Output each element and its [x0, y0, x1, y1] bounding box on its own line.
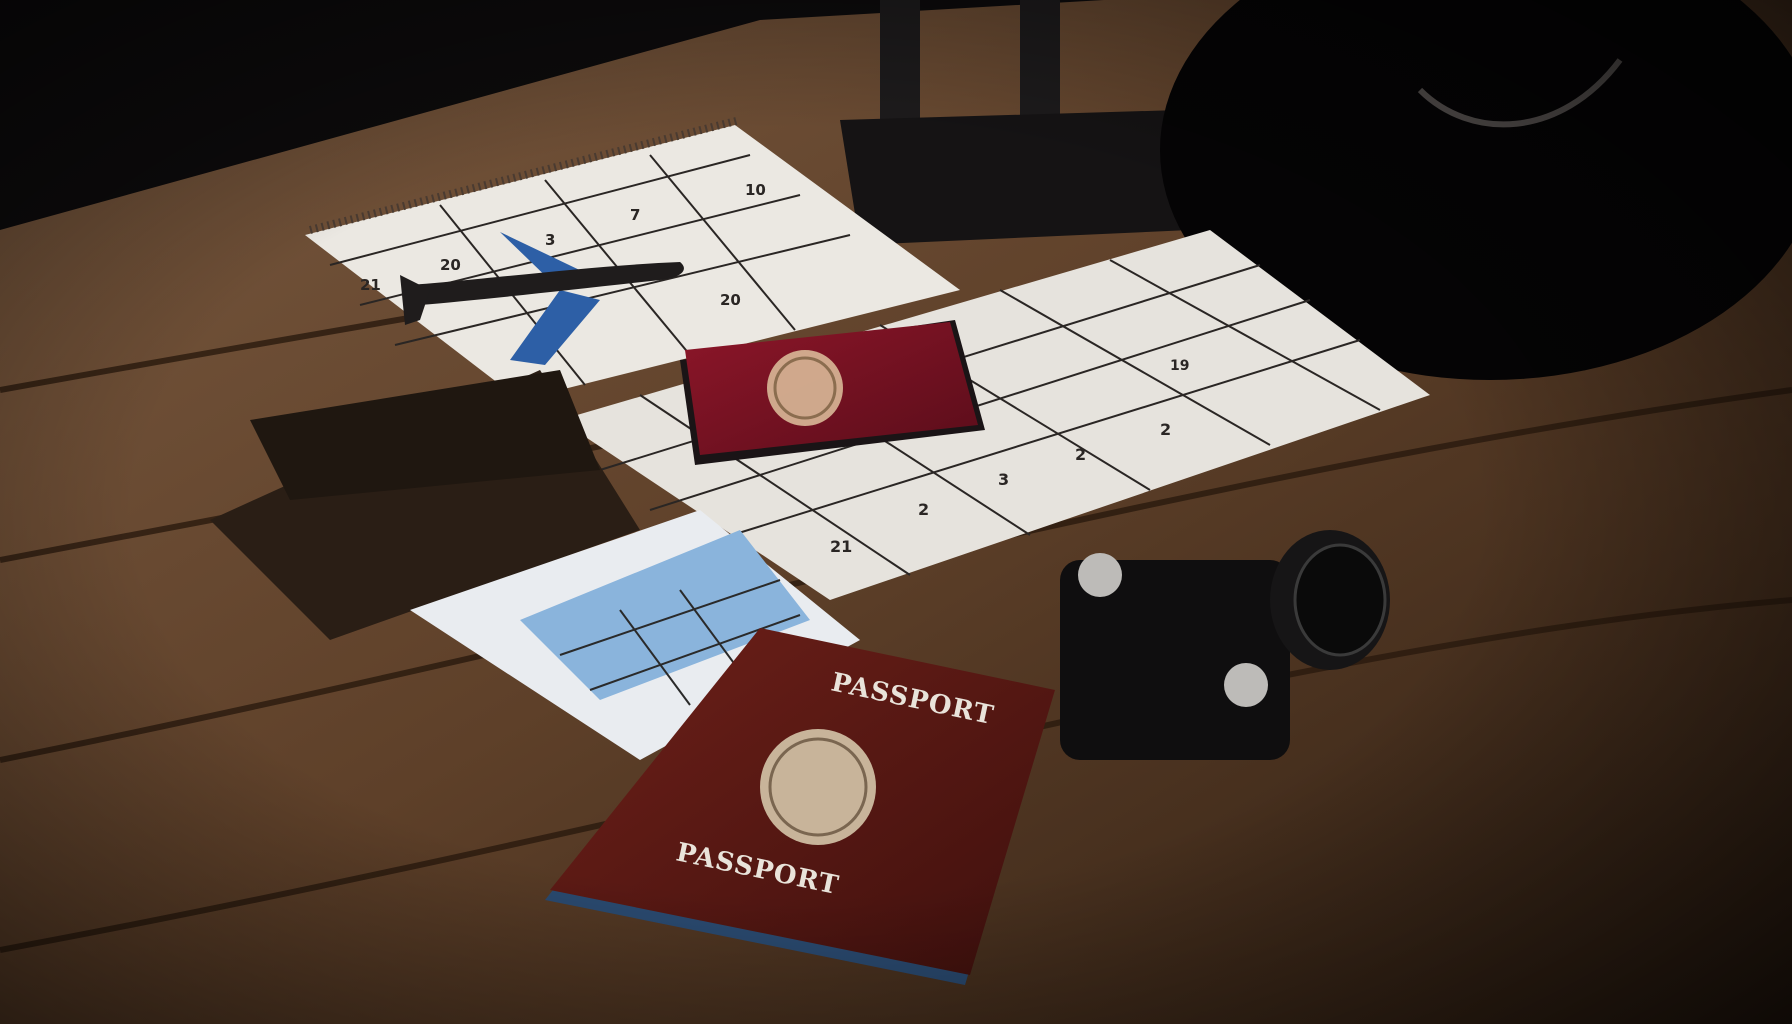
travel-scene: 2 2 3 2 21 19 20 21 3 7 10 20	[0, 0, 1792, 1024]
scene-illustration: 2 2 3 2 21 19 20 21 3 7 10 20	[0, 0, 1792, 1024]
